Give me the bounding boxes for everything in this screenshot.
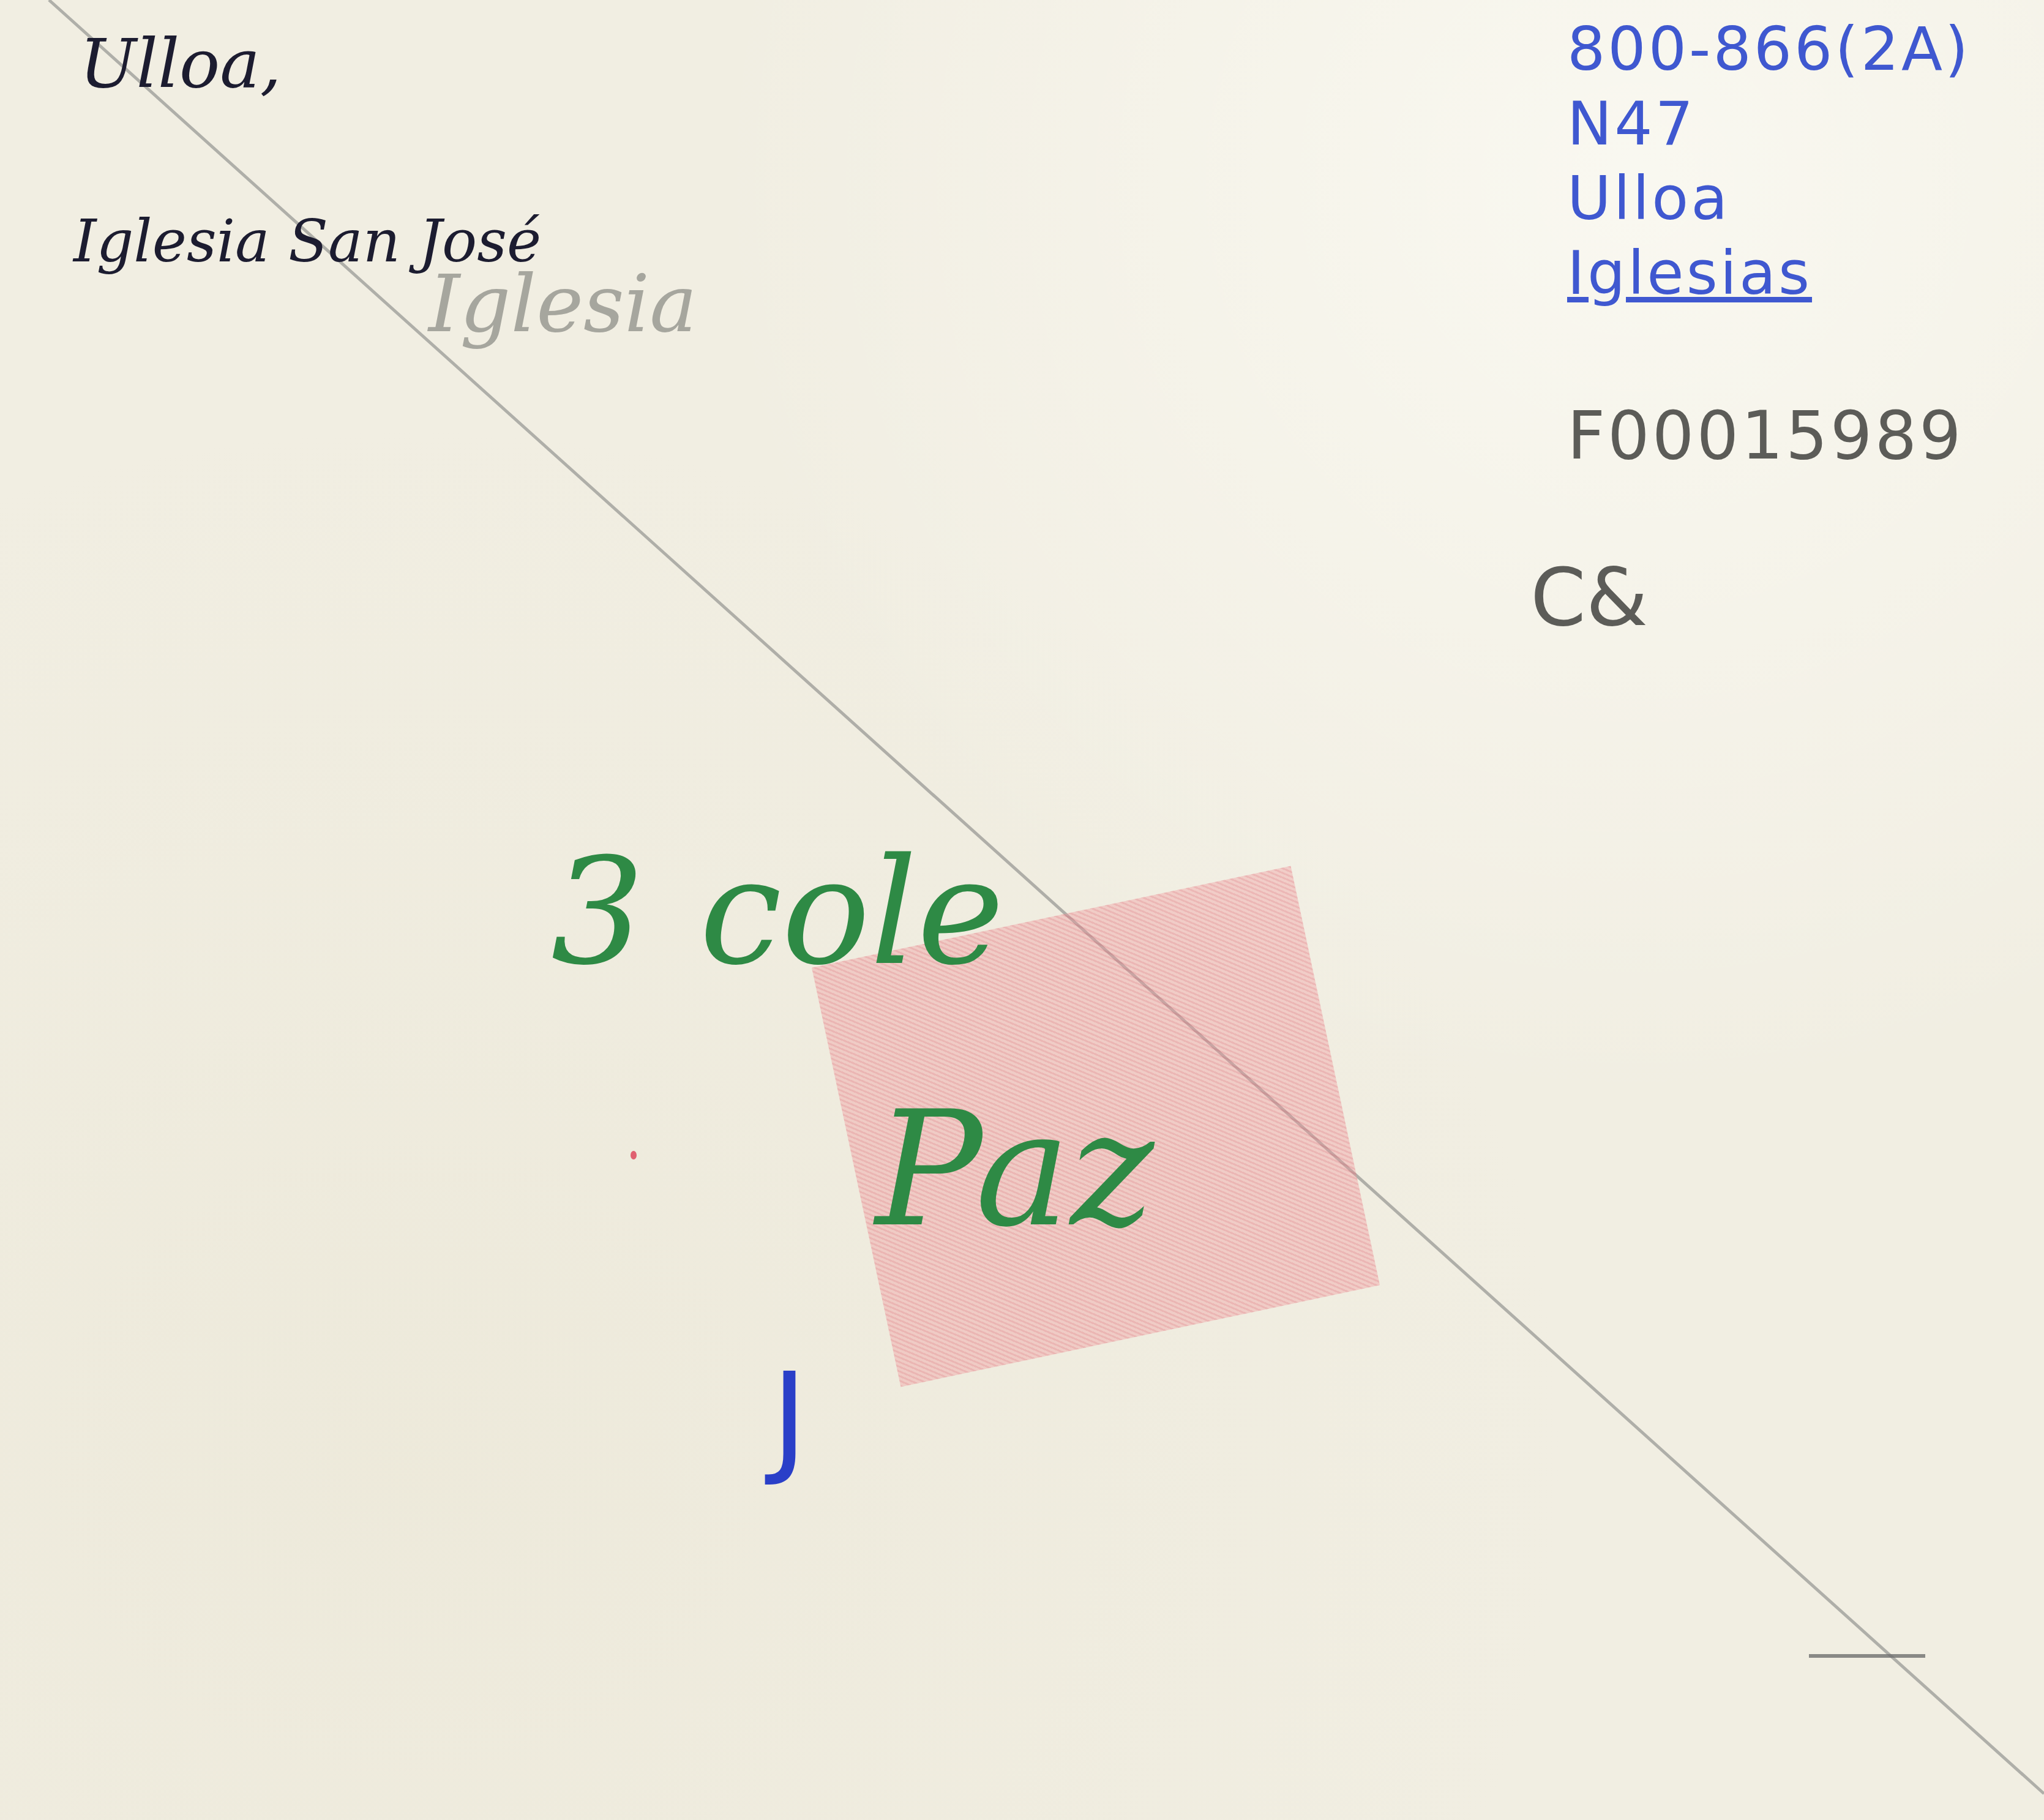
catalog-number: 800-866(2A) bbox=[1567, 12, 1971, 87]
catalog-code: N47 bbox=[1567, 87, 1971, 162]
blue-ink-mark: J bbox=[771, 1347, 807, 1489]
green-quantity-note: 3cole bbox=[551, 826, 1004, 998]
archive-catalog-block: 800-866(2A) N47 Ulloa Iglesias bbox=[1567, 12, 1971, 311]
pencil-initials: C& bbox=[1530, 551, 1648, 644]
green-signature: Paz bbox=[875, 1077, 1154, 1262]
quantity-number: 3 bbox=[551, 826, 645, 998]
catalog-category: Iglesias bbox=[1567, 236, 1971, 311]
catalog-location: Ulloa bbox=[1567, 162, 1971, 236]
location-title: Ulloa, bbox=[80, 24, 282, 103]
quantity-word: cole bbox=[700, 826, 1005, 998]
pencil-category-note: Iglesia bbox=[429, 257, 697, 350]
inventory-reference-code: F00015989 bbox=[1567, 398, 1964, 474]
red-spot bbox=[631, 1151, 637, 1159]
